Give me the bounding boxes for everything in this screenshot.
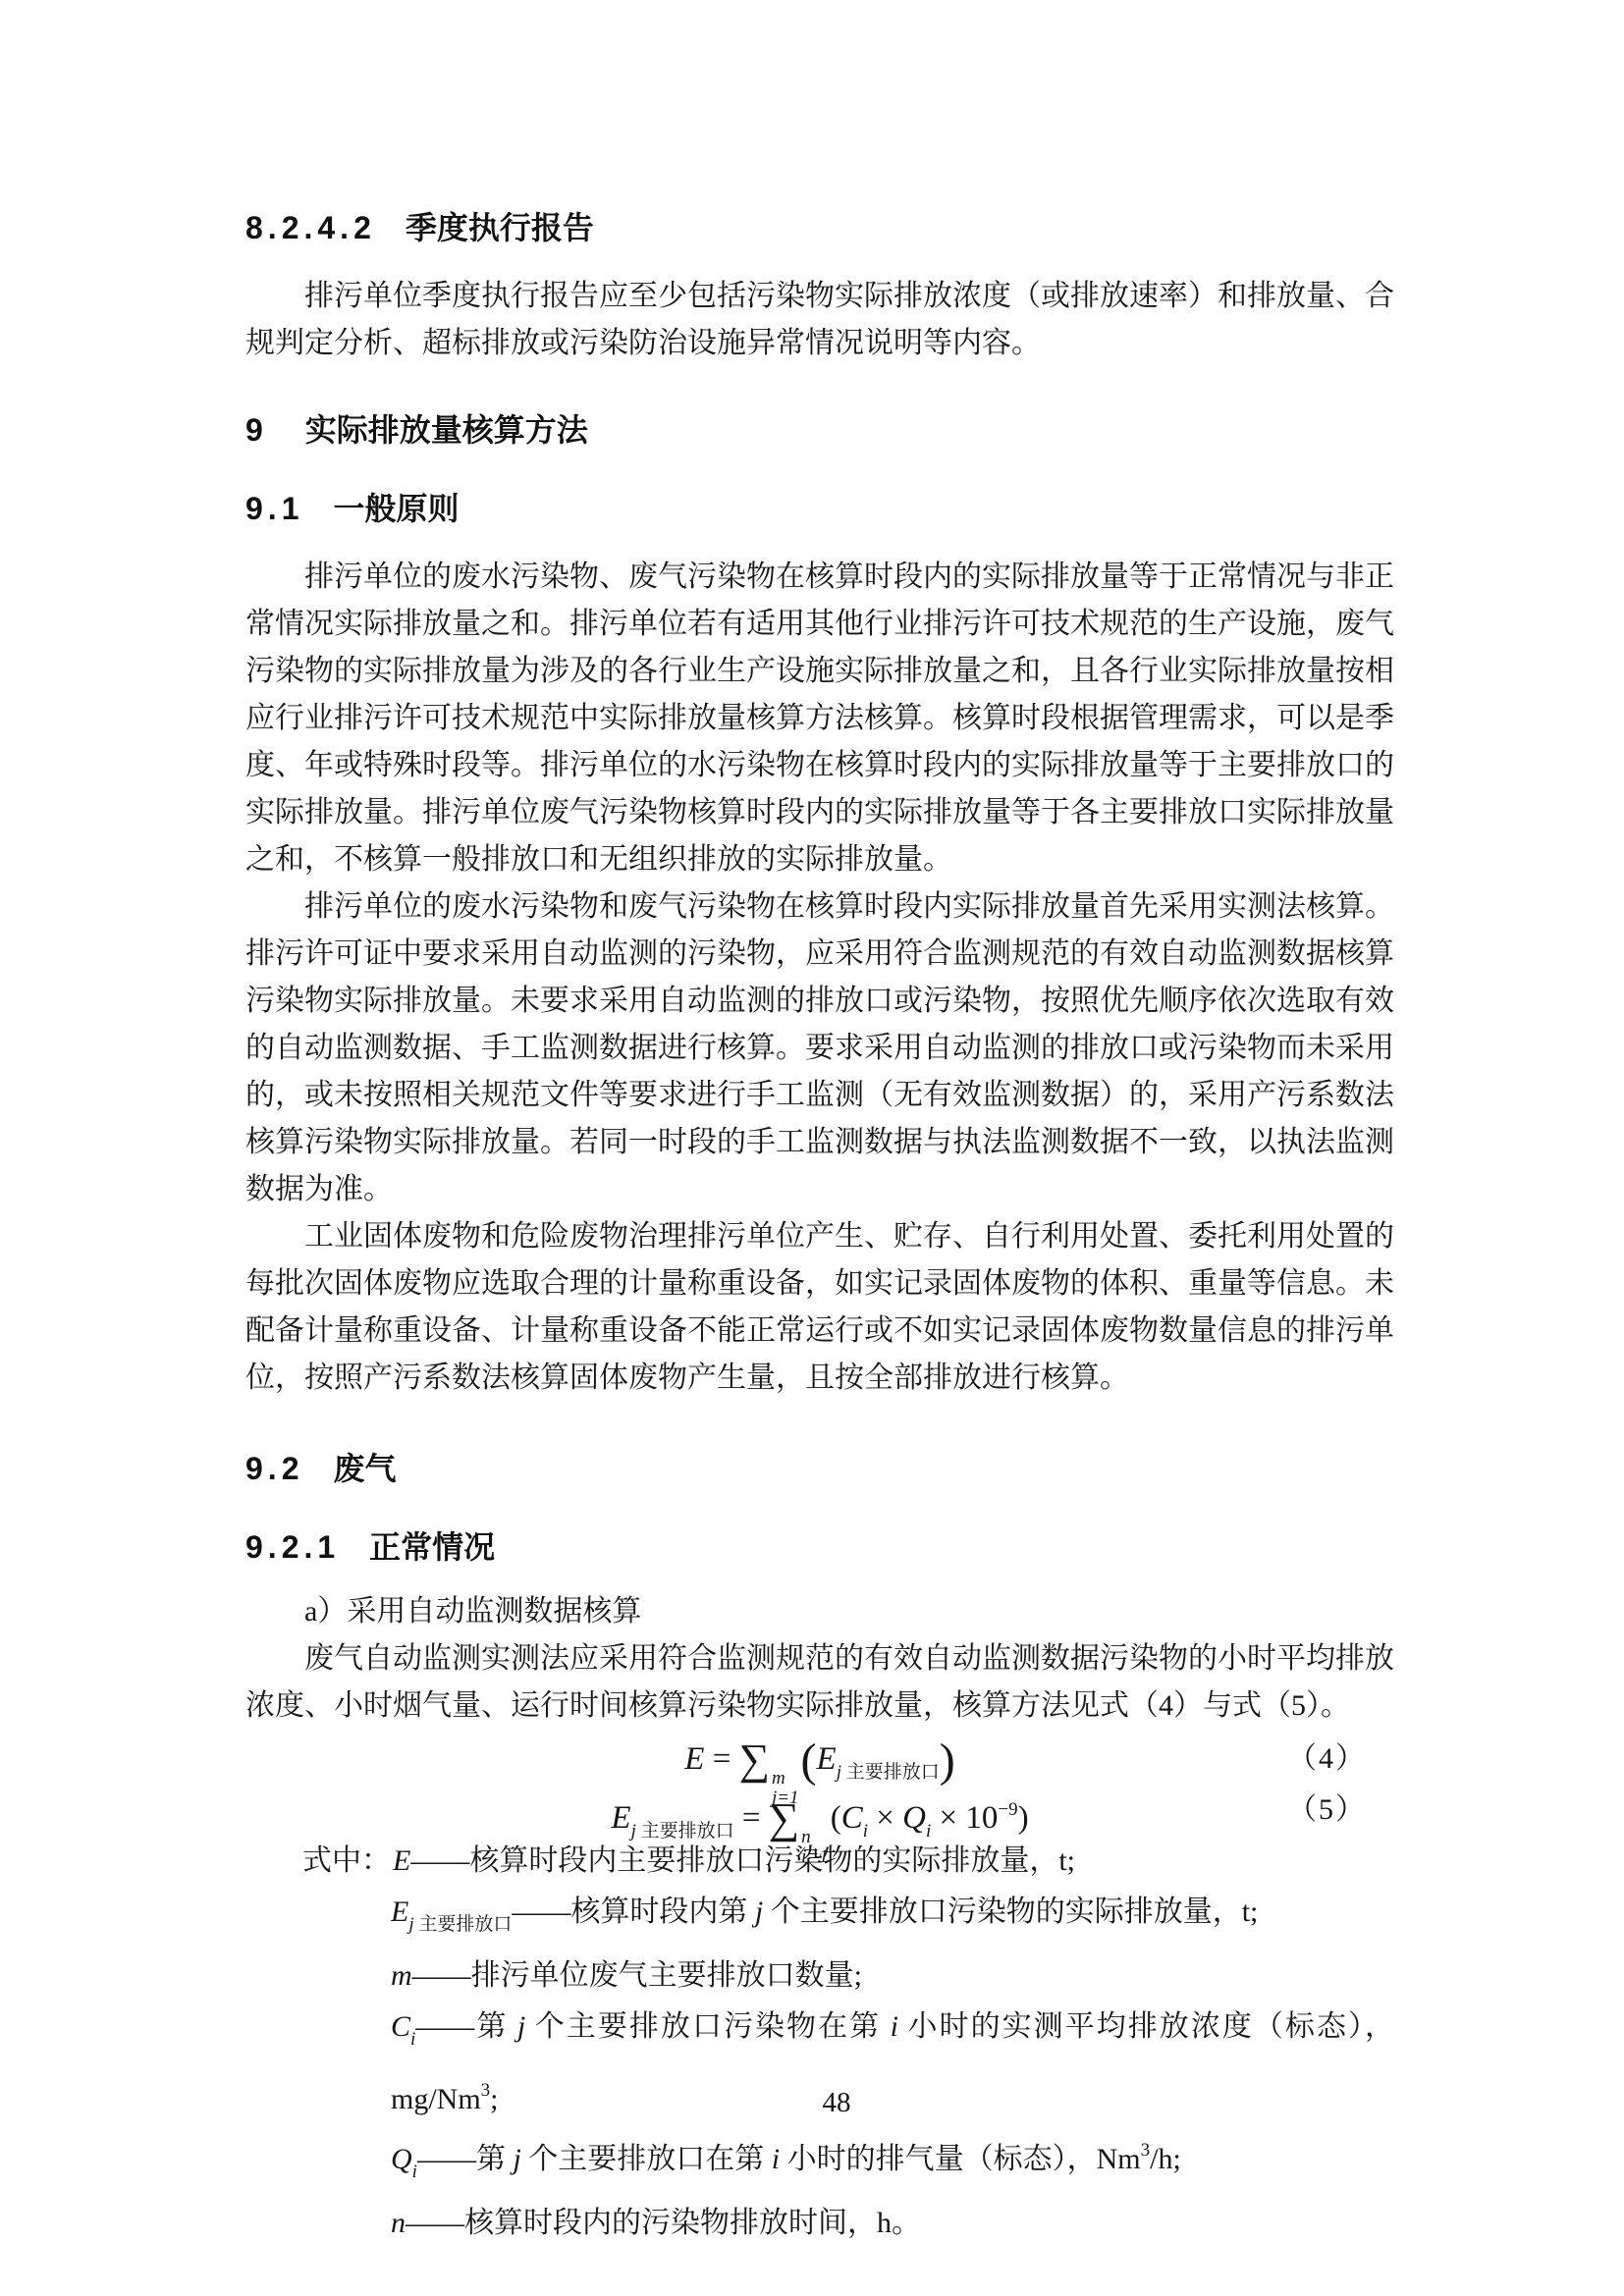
heading-title: 废气 <box>333 1451 396 1486</box>
symbol-definitions: 式中：E——核算时段内主要排放口污染物的实际排放量，t; Ej 主要排放口——核… <box>245 1836 1394 2249</box>
definition-row: m——排污单位废气主要排放口数量; <box>245 1950 1394 2002</box>
heading-9: 9实际排放量核算方法 <box>245 410 1394 450</box>
heading-number: 8.2.4.2 <box>245 210 376 245</box>
paragraph-general-principles-2: 排污单位的废水污染物和废气污染物在核算时段内实际排放量首先采用实测法核算。排污许… <box>245 883 1394 1213</box>
definition-symbol: Ej 主要排放口 <box>391 1896 512 1928</box>
definition-desc: ——核算时段内第 j 个主要排放口污染物的实际排放量，t; <box>512 1896 1258 1928</box>
where-label: 式中： <box>302 1844 391 1877</box>
definition-desc: ——排污单位废气主要排放口数量; <box>412 1959 862 1992</box>
formula-5: Ej 主要排放口 = ∑ni=1(Ci × Qi × 10−9) （5） <box>245 1785 1394 1836</box>
definition-row: Qi——第 j 个主要排放口在第 i 小时的排气量（标态），Nm3/h; <box>245 2125 1394 2198</box>
definition-row: Ej 主要排放口——核算时段内第 j 个主要排放口污染物的实际排放量，t; <box>245 1887 1394 1950</box>
formula-4-label: （4） <box>1287 1734 1367 1785</box>
heading-number: 9.2.1 <box>245 1529 340 1565</box>
formula-4-expression: E = ∑mj=1(Ej 主要排放口) <box>684 1741 954 1777</box>
definition-symbol: Ci <box>391 2010 415 2043</box>
heading-9-2-1: 9.2.1正常情况 <box>245 1527 1394 1567</box>
heading-number: 9.2 <box>245 1451 303 1486</box>
paragraph-quarterly-report: 排污单位季度执行报告应至少包括污染物实际排放浓度（或排放速率）和排放量、合规判定… <box>245 273 1394 367</box>
formula-4: E = ∑mj=1(Ej 主要排放口) （4） <box>245 1734 1394 1785</box>
page-number: 48 <box>25 2087 1624 2119</box>
definition-row: n——核算时段内的污染物排放时间，h。 <box>245 2198 1394 2249</box>
paragraph-general-principles-1: 排污单位的废水污染物、废气污染物在核算时段内的实际排放量等于正常情况与非正常情况… <box>245 554 1394 883</box>
definition-desc: ——核算时段内主要排放口污染物的实际排放量，t; <box>410 1844 1075 1877</box>
heading-title: 一般原则 <box>333 491 459 526</box>
page-content: 8.2.4.2季度执行报告 排污单位季度执行报告应至少包括污染物实际排放浓度（或… <box>0 208 1624 2249</box>
formula-5-label: （5） <box>1287 1785 1367 1836</box>
heading-title: 季度执行报告 <box>406 210 594 245</box>
heading-number: 9.1 <box>245 491 303 526</box>
paragraph-solid-waste: 工业固体废物和危险废物治理排污单位产生、贮存、自行利用处置、委托利用处置的每批次… <box>245 1213 1394 1402</box>
formula-block: E = ∑mj=1(Ej 主要排放口) （4） Ej 主要排放口 = ∑ni=1… <box>245 1734 1394 1836</box>
definition-symbol: n <box>391 2207 406 2239</box>
definition-symbol: Qi <box>391 2143 417 2175</box>
definition-symbol: m <box>391 1959 412 1992</box>
heading-9-1: 9.1一般原则 <box>245 489 1394 528</box>
definition-symbol: E <box>393 1844 410 1877</box>
heading-number: 9 <box>245 412 268 448</box>
heading-9-2: 9.2废气 <box>245 1449 1394 1488</box>
list-item-a: a）采用自动监测数据核算 <box>245 1588 1394 1635</box>
heading-8-2-4-2: 8.2.4.2季度执行报告 <box>245 208 1394 247</box>
document-page: 8.2.4.2季度执行报告 排污单位季度执行报告应至少包括污染物实际排放浓度（或… <box>0 0 1624 2296</box>
heading-title: 正常情况 <box>369 1529 495 1565</box>
definition-desc: ——第 j 个主要排放口在第 i 小时的排气量（标态），Nm3/h; <box>417 2143 1181 2175</box>
heading-title: 实际排放量核算方法 <box>305 412 588 448</box>
definition-desc: ——核算时段内的污染物排放时间，h。 <box>406 2207 921 2239</box>
paragraph-auto-monitoring-method: 废气自动监测实测法应采用符合监测规范的有效自动监测数据污染物的小时平均排放浓度、… <box>245 1635 1394 1730</box>
formula-5-expression: Ej 主要排放口 = ∑ni=1(Ci × Qi × 10−9) <box>611 1800 1028 1836</box>
